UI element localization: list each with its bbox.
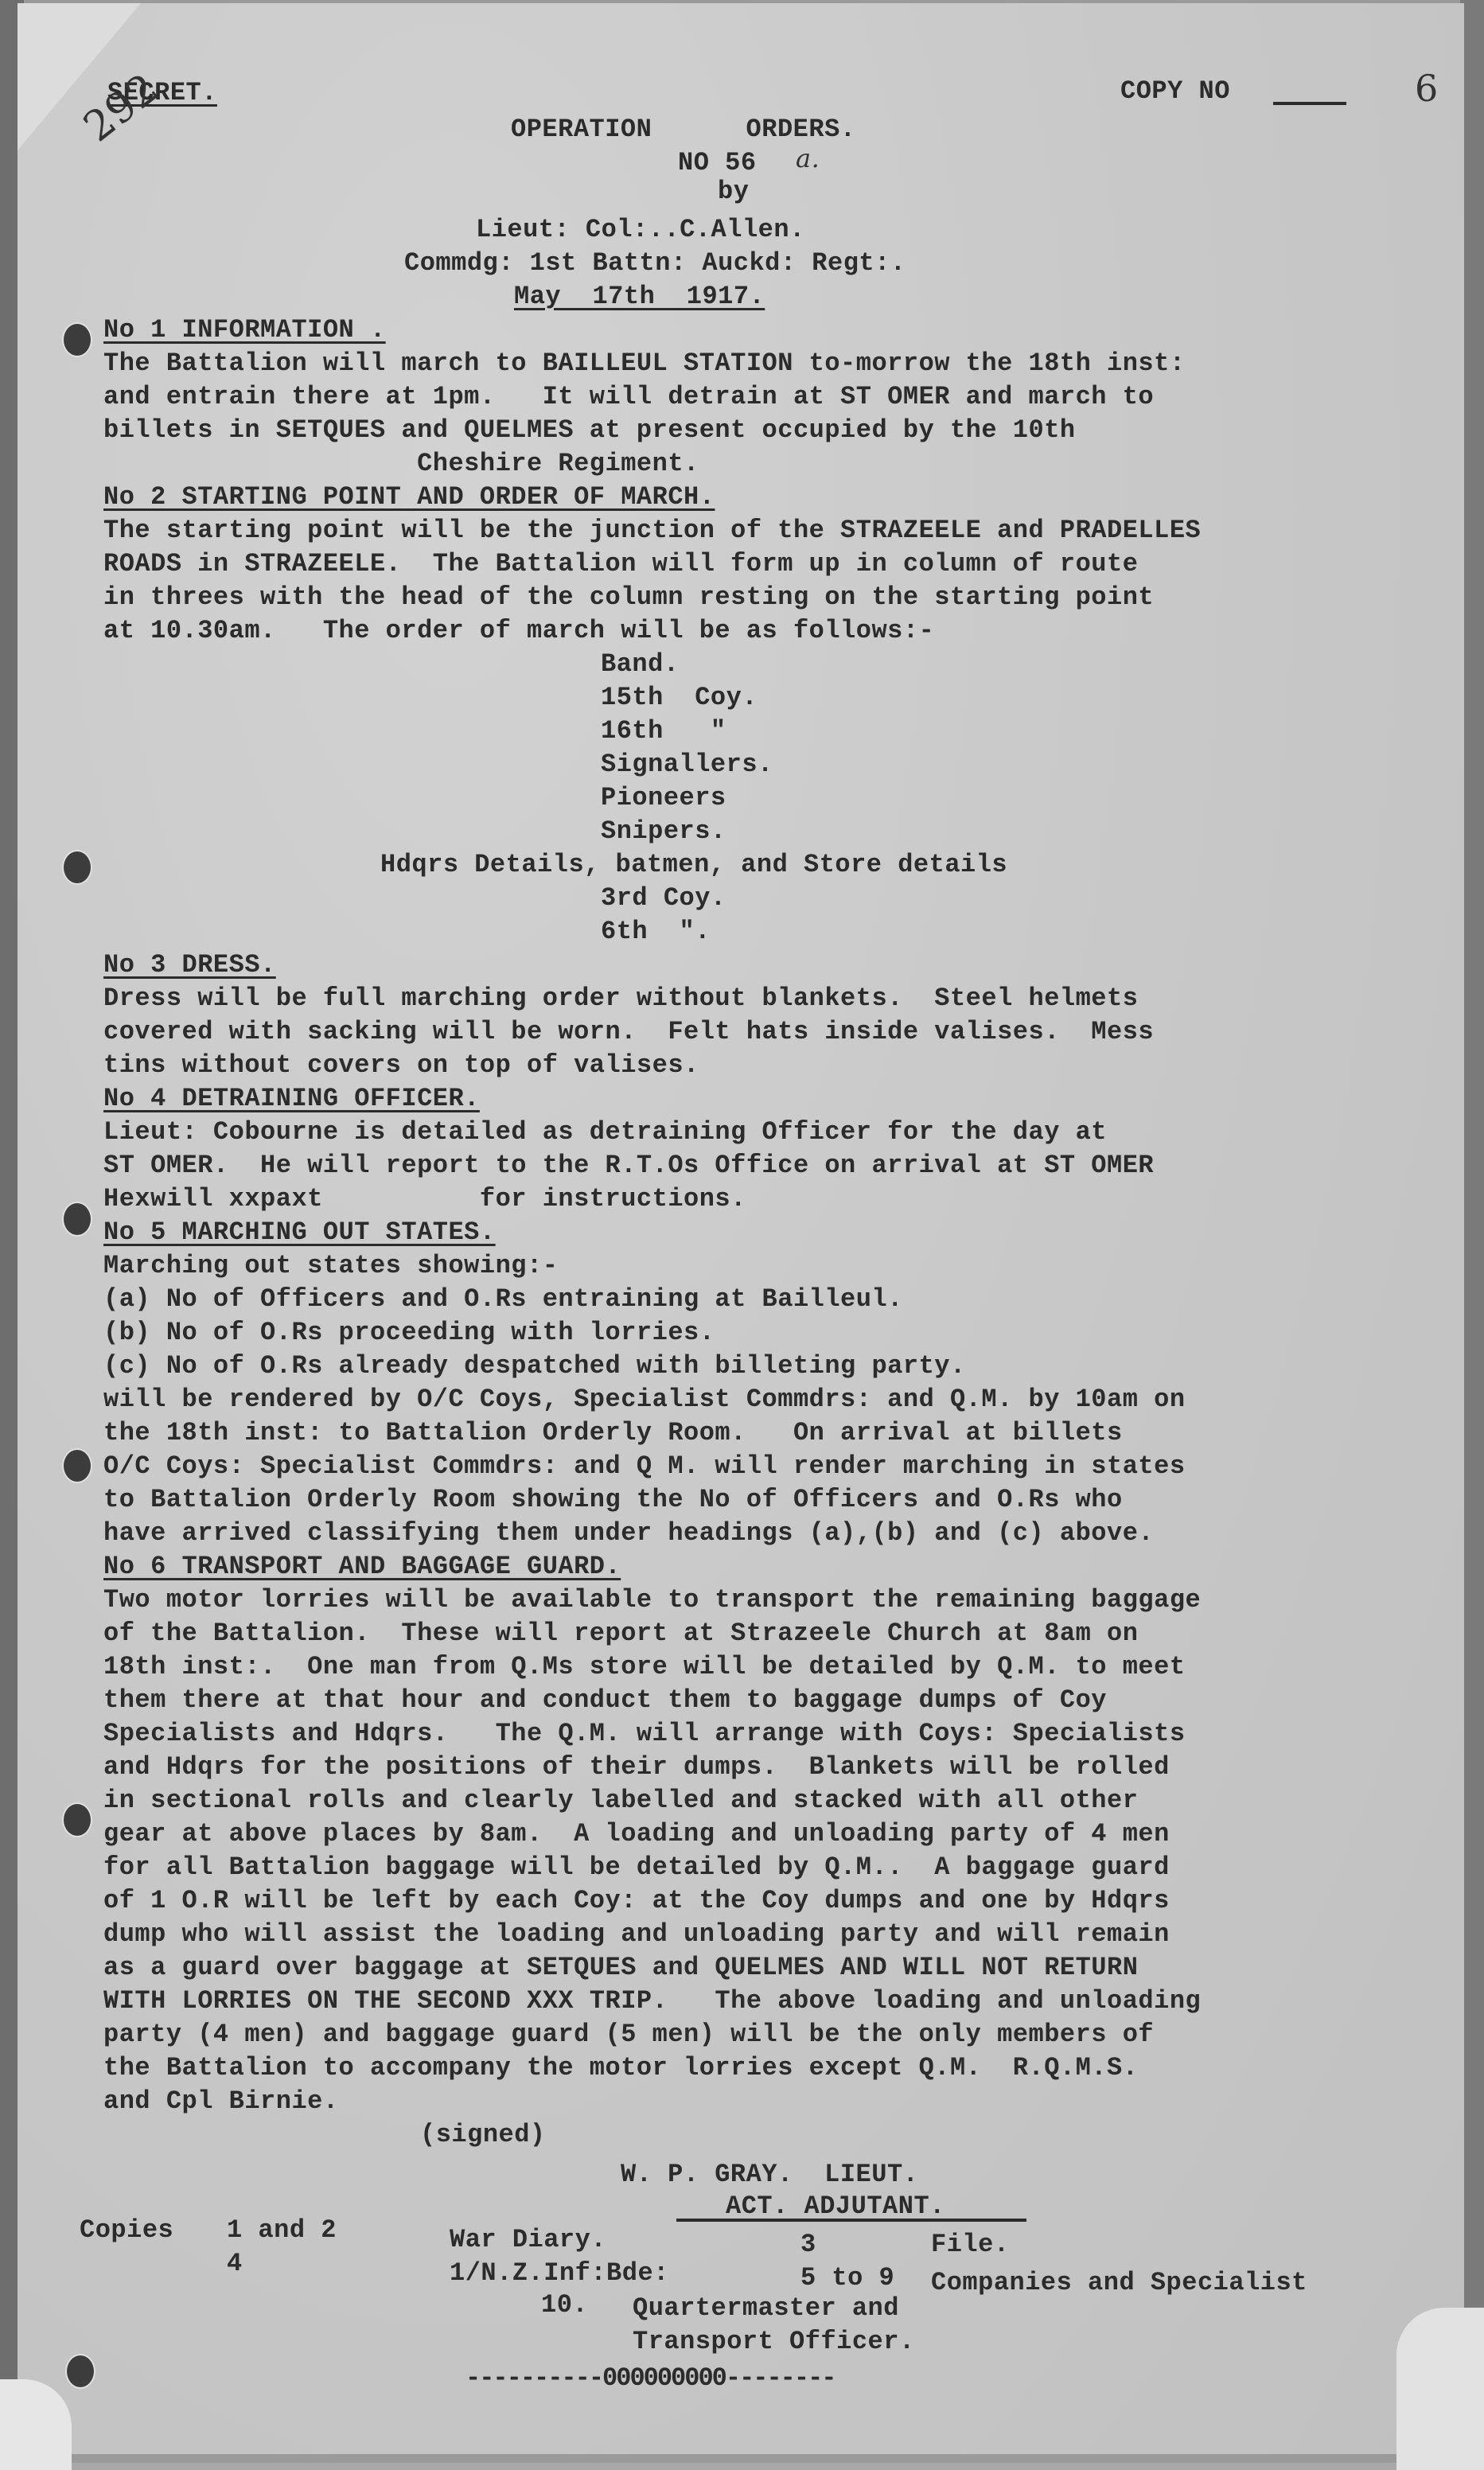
punch-hole — [62, 322, 92, 357]
body-line: tins without covers on top of valises. — [103, 1049, 699, 1082]
body-line: Lieut: Cobourne is detailed as detrainin… — [103, 1116, 1107, 1149]
body-line: and entrain there at 1pm. It will detrai… — [103, 380, 1154, 414]
body-line: of the Battalion. These will report at S… — [103, 1617, 1138, 1650]
punch-hole — [62, 1802, 92, 1837]
body-line: have arrived classifying them under head… — [103, 1517, 1154, 1550]
march-order-item: Band. — [601, 648, 680, 681]
march-order-item: Snipers. — [601, 815, 726, 848]
order-suffix: a. — [796, 142, 820, 175]
body-line: ST OMER. He will report to the R.T.Os Of… — [103, 1149, 1154, 1182]
punch-hole — [65, 2354, 95, 2389]
copy-numbers: 3 — [800, 2228, 816, 2262]
body-line: gear at above places by 8am. A loading a… — [103, 1817, 1170, 1851]
body-line: to Battalion Orderly Room showing the No… — [103, 1483, 1123, 1517]
body-line: (a) No of Officers and O.Rs entraining a… — [103, 1283, 903, 1316]
body-line: the Battalion to accompany the motor lor… — [103, 2051, 1138, 2085]
body-line: for all Battalion baggage will be detail… — [103, 1851, 1170, 1884]
copy-recipient: Transport Officer. — [633, 2325, 915, 2359]
body-line: Dress will be full marching order withou… — [103, 982, 1138, 1015]
body-line: of 1 O.R will be left by each Coy: at th… — [103, 1884, 1170, 1918]
march-order-item: 15th Coy. — [601, 681, 758, 715]
body-line: billets in SETQUES and QUELMES at presen… — [103, 414, 1076, 447]
body-line: will be rendered by O/C Coys, Specialist… — [103, 1383, 1186, 1416]
body-line: 18th inst:. One man from Q.Ms store will… — [103, 1650, 1186, 1684]
body-line: and Cpl Birnie. — [103, 2085, 339, 2118]
body-line: The starting point will be the junction … — [103, 514, 1201, 547]
section-heading: No 4 DETRAINING OFFICER. — [103, 1082, 480, 1116]
body-line: WITH LORRIES ON THE SECOND XXX TRIP. The… — [103, 1985, 1201, 2018]
copy-number-line — [1273, 102, 1346, 105]
body-line: them there at that hour and conduct them… — [103, 1684, 1107, 1717]
body-line: (c) No of O.Rs already despatched with b… — [103, 1350, 966, 1383]
copy-number: 6 — [1415, 72, 1439, 105]
body-line: Cheshire Regiment. — [103, 447, 699, 481]
punch-hole — [62, 1448, 92, 1483]
by-label: by — [718, 175, 749, 208]
body-line: ROADS in STRAZEELE. The Battalion will f… — [103, 547, 1138, 581]
punch-hole — [62, 850, 92, 885]
section-heading: No 3 DRESS. — [103, 949, 276, 982]
body-line: O/C Coys: Specialist Commdrs: and Q M. w… — [103, 1450, 1186, 1483]
march-order-item: Hdqrs Details, batmen, and Store details — [380, 848, 1007, 882]
march-order-item: 16th " — [601, 715, 726, 748]
march-order-item: 6th ". — [601, 915, 711, 949]
body-line: Specialists and Hdqrs. The Q.M. will arr… — [103, 1717, 1186, 1751]
copy-numbers: 5 to 9 — [800, 2262, 894, 2295]
punch-hole — [62, 1202, 92, 1237]
copy-recipient: War Diary. — [450, 2223, 606, 2257]
body-line: covered with sacking will be worn. Felt … — [103, 1015, 1154, 1049]
signature-underline — [676, 2219, 1026, 2222]
body-line: in sectional rolls and clearly labelled … — [103, 1784, 1138, 1817]
copy-numbers: 10. — [541, 2289, 588, 2322]
page-bottom-edge — [72, 2463, 1424, 2470]
section-heading: No 1 INFORMATION . — [103, 314, 386, 347]
body-line: party (4 men) and baggage guard (5 men) … — [103, 2018, 1154, 2051]
body-line: Hexwill xxpaxt for instructions. — [103, 1182, 746, 1216]
unit: Commdg: 1st Battn: Auckd: Regt:. — [404, 247, 906, 280]
section-heading: No 2 STARTING POINT AND ORDER OF MARCH. — [103, 481, 715, 514]
body-line: Marching out states showing:- — [103, 1249, 558, 1283]
document-date: May 17th 1917. — [514, 280, 765, 314]
copy-label: COPY NO — [1120, 75, 1230, 108]
body-line: The Battalion will march to BAILLEUL STA… — [103, 347, 1186, 380]
body-line: and Hdqrs for the positions of their dum… — [103, 1751, 1170, 1784]
copy-recipient: 1/N.Z.Inf:Bde: — [450, 2257, 669, 2290]
copy-recipient: Quartermaster and — [633, 2292, 899, 2325]
body-line: at 10.30am. The order of march will be a… — [103, 614, 934, 648]
signed-label: (signed) — [420, 2118, 546, 2152]
signatory-name: W. P. GRAY. LIEUT. — [621, 2158, 918, 2191]
body-line: in threes with the head of the column re… — [103, 581, 1154, 614]
body-line: as a guard over baggage at SETQUES and Q… — [103, 1951, 1138, 1985]
section-heading: No 5 MARCHING OUT STATES. — [103, 1216, 496, 1249]
body-line: the 18th inst: to Battalion Orderly Room… — [103, 1416, 1123, 1450]
copy-numbers: 4 — [227, 2247, 243, 2281]
section-heading: No 6 TRANSPORT AND BAGGAGE GUARD. — [103, 1550, 621, 1584]
march-order-item: Pioneers — [601, 781, 726, 815]
march-order-item: Signallers. — [601, 748, 773, 781]
body-line: (b) No of O.Rs proceeding with lorries. — [103, 1316, 715, 1350]
march-order-item: 3rd Coy. — [601, 882, 726, 915]
binding-strap-right — [1396, 2308, 1484, 2470]
copy-recipient: File. — [931, 2228, 1010, 2262]
copy-recipient: Companies and Specialist — [931, 2266, 1307, 2300]
copies-label: Copies — [80, 2214, 173, 2247]
copy-numbers: 1 and 2 — [227, 2214, 337, 2247]
issuer: Lieut: Col:..C.Allen. — [476, 213, 805, 247]
body-line: dump who will assist the loading and unl… — [103, 1918, 1170, 1951]
end-mark: ----------000000000-------- — [465, 2362, 835, 2395]
body-line: Two motor lorries will be available to t… — [103, 1584, 1201, 1617]
